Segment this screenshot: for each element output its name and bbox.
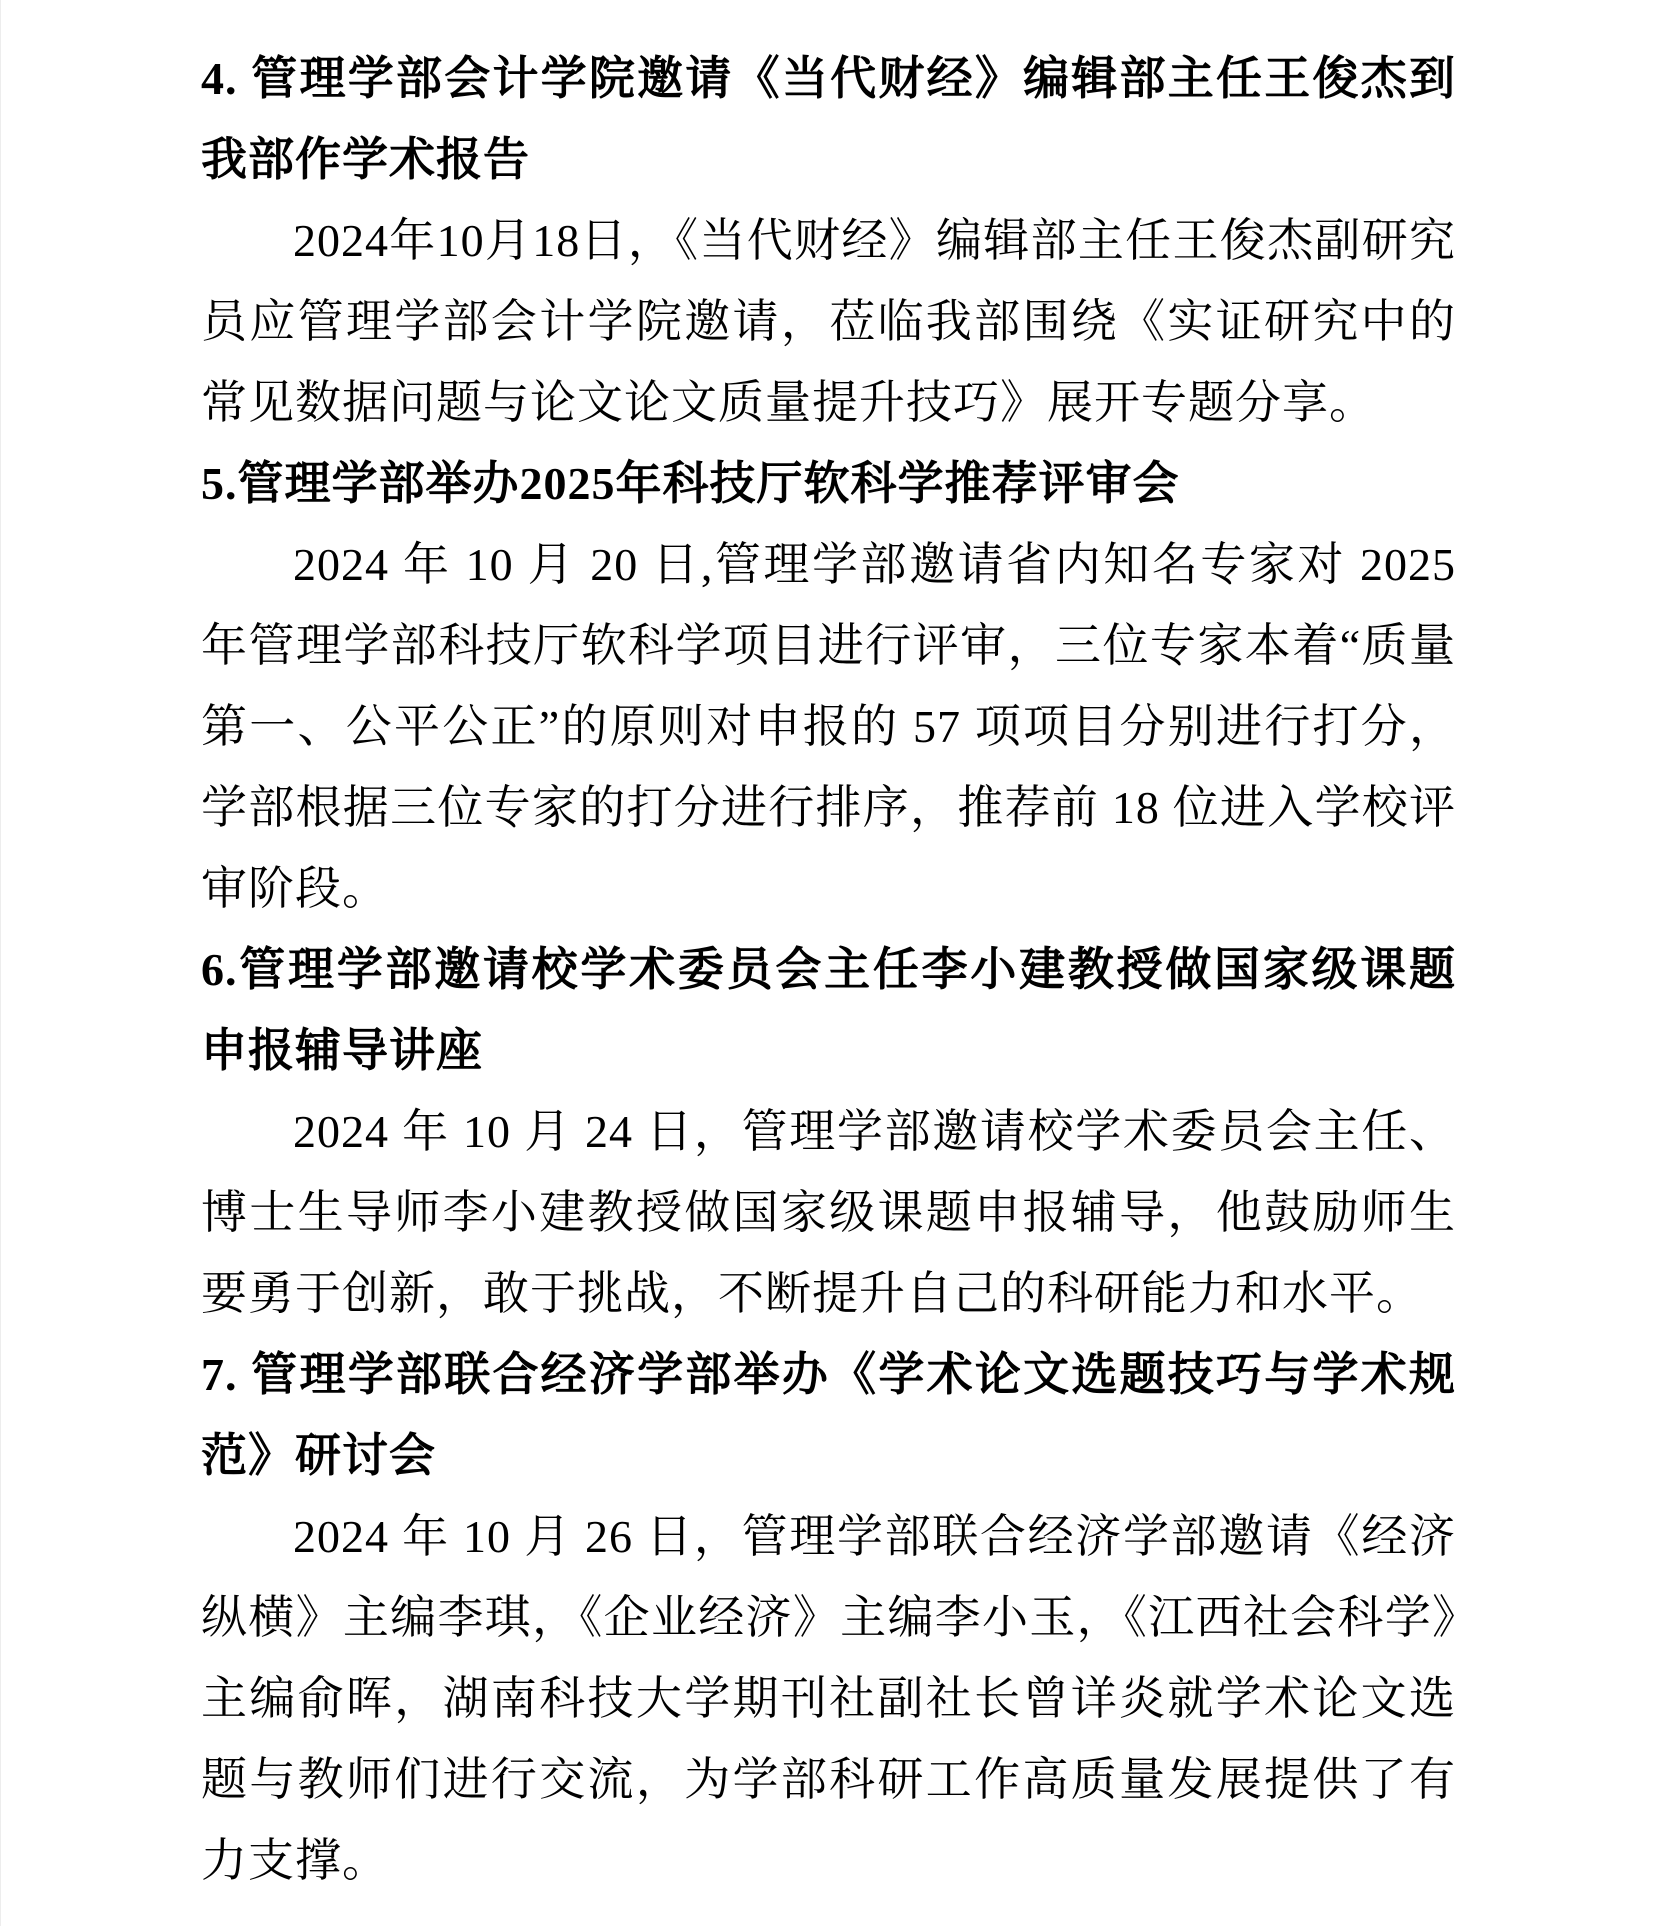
news-item-4-paragraph: 2024年10月18日，《当代财经》编辑部主任王俊杰副研究员应管理学部会计学院邀… (201, 200, 1456, 443)
news-item-6-heading: 6.管理学部邀请校学术委员会主任李小建教授做国家级课题申报辅导讲座 (201, 929, 1456, 1091)
news-item-7-paragraph: 2024 年 10 月 26 日，管理学部联合经济学部邀请《经济纵横》主编李琪，… (201, 1496, 1456, 1901)
news-item-6-paragraph: 2024 年 10 月 24 日，管理学部邀请校学术委员会主任、博士生导师李小建… (201, 1091, 1456, 1334)
document-body: 4. 管理学部会计学院邀请《当代财经》编辑部主任王俊杰到我部作学术报告 2024… (201, 38, 1456, 1901)
document-page: 4. 管理学部会计学院邀请《当代财经》编辑部主任王俊杰到我部作学术报告 2024… (0, 0, 1654, 1926)
news-item-7-heading: 7. 管理学部联合经济学部举办《学术论文选题技巧与学术规范》研讨会 (201, 1334, 1456, 1496)
news-item-5-heading: 5.管理学部举办2025年科技厅软科学推荐评审会 (201, 443, 1456, 524)
news-item-5-paragraph: 2024 年 10 月 20 日,管理学部邀请省内知名专家对 2025 年管理学… (201, 524, 1456, 929)
news-item-4-heading: 4. 管理学部会计学院邀请《当代财经》编辑部主任王俊杰到我部作学术报告 (201, 38, 1456, 200)
